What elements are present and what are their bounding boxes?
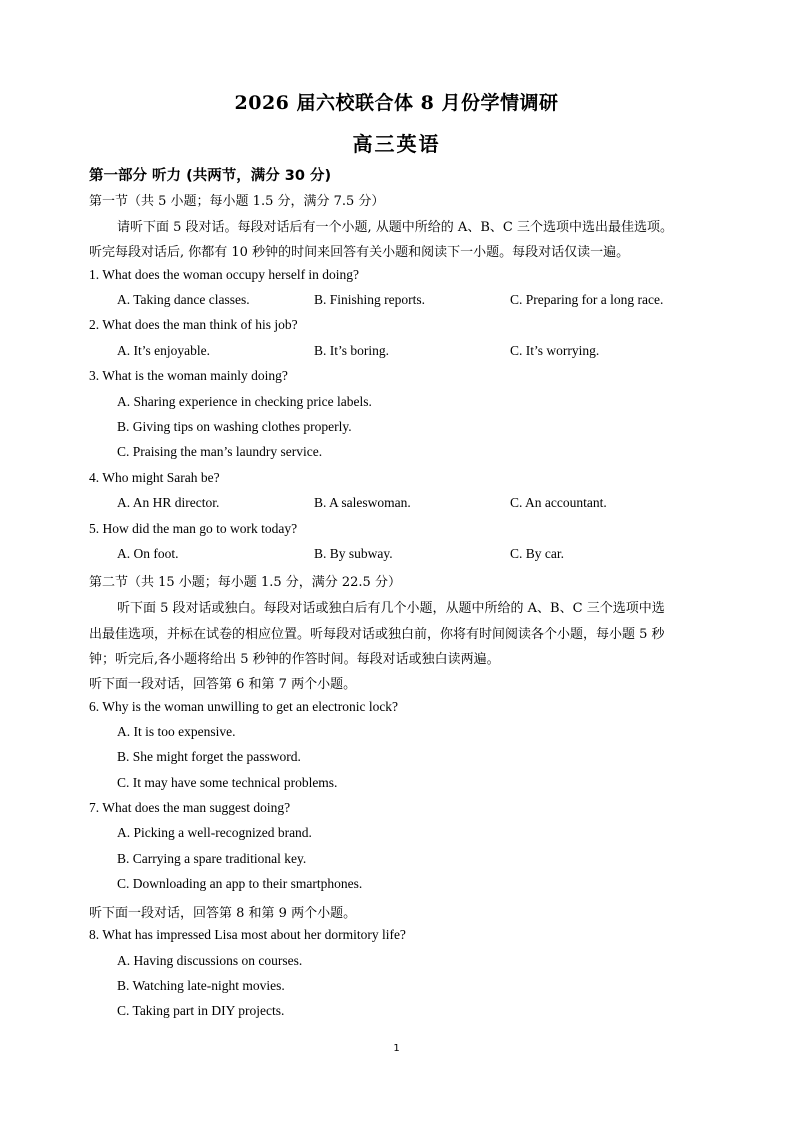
question-1-stem: 1. What does the woman occupy herself in…	[89, 267, 359, 283]
question-8-option-a: A. Having discussions on courses.	[117, 953, 302, 969]
question-4-stem: 4. Who might Sarah be?	[89, 470, 220, 486]
question-7-option-a: A. Picking a well-recognized brand.	[117, 825, 312, 841]
section2-heading: 第二节（共 15 小题；每小题 1.5 分，满分 22.5 分）	[89, 571, 401, 590]
question-3-option-c: C. Praising the man’s laundry service.	[117, 444, 322, 460]
question-5-option-c: C. By car.	[510, 546, 564, 562]
section1-heading: 第一节（共 5 小题；每小题 1.5 分，满分 7.5 分）	[89, 190, 384, 209]
section2-instructions-line2: 出最佳选项，并标在试卷的相应位置。听每段对话或独白前，你将有时间阅读各个小题，每…	[89, 623, 665, 642]
question-5-option-a: A. On foot.	[117, 546, 179, 562]
question-7-stem: 7. What does the man suggest doing?	[89, 800, 290, 816]
question-2-option-c: C. It’s worrying.	[510, 343, 599, 359]
question-4-option-a: A. An HR director.	[117, 495, 219, 511]
question-1-option-b: B. Finishing reports.	[314, 292, 425, 308]
section2-instructions-line1: 听下面 5 段对话或独白。每段对话或独白后有几个小题，从题中所给的 A、B、C …	[117, 597, 665, 616]
page-number: 1	[0, 1043, 793, 1054]
question-3-option-b: B. Giving tips on washing clothes proper…	[117, 419, 352, 435]
section2-instructions-line3: 钟；听完后,各小题将给出 5 秒钟的作答时间。每段对话或独白读两遍。	[89, 648, 500, 667]
section1-instructions-line1: 请听下面 5 段对话。每段对话后有一个小题, 从题中所给的 A、B、C 三个选项…	[117, 216, 673, 235]
part1-heading: 第一部分 听力 (共两节，满分 30 分)	[89, 164, 331, 185]
question-6-stem: 6. Why is the woman unwilling to get an …	[89, 699, 398, 715]
section1-instructions-line2: 听完每段对话后, 你都有 10 秒钟的时间来回答有关小题和阅读下一小题。每段对话…	[89, 241, 629, 260]
question-8-option-b: B. Watching late-night movies.	[117, 978, 285, 994]
question-1-option-a: A. Taking dance classes.	[117, 292, 250, 308]
question-6-option-a: A. It is too expensive.	[117, 724, 235, 740]
exam-page: 2026 届六校联合体 8 月份学情调研 高三英语 第一部分 听力 (共两节，满…	[0, 0, 793, 1122]
question-2-stem: 2. What does the man think of his job?	[89, 317, 298, 333]
question-5-stem: 5. How did the man go to work today?	[89, 521, 297, 537]
question-6-option-c: C. It may have some technical problems.	[117, 775, 337, 791]
question-5-option-b: B. By subway.	[314, 546, 393, 562]
question-2-option-b: B. It’s boring.	[314, 343, 389, 359]
question-3-option-a: A. Sharing experience in checking price …	[117, 394, 372, 410]
question-2-option-a: A. It’s enjoyable.	[117, 343, 210, 359]
group1-intro: 听下面一段对话，回答第 6 和第 7 两个小题。	[89, 673, 356, 692]
question-4-option-c: C. An accountant.	[510, 495, 607, 511]
document-subtitle: 高三英语	[0, 128, 793, 157]
question-7-option-b: B. Carrying a spare traditional key.	[117, 851, 306, 867]
document-title: 2026 届六校联合体 8 月份学情调研	[0, 88, 793, 115]
question-8-stem: 8. What has impressed Lisa most about he…	[89, 927, 406, 943]
question-3-stem: 3. What is the woman mainly doing?	[89, 368, 288, 384]
question-4-option-b: B. A saleswoman.	[314, 495, 411, 511]
group2-intro: 听下面一段对话，回答第 8 和第 9 两个小题。	[89, 902, 356, 921]
question-6-option-b: B. She might forget the password.	[117, 749, 301, 765]
question-1-option-c: C. Preparing for a long race.	[510, 292, 663, 308]
question-7-option-c: C. Downloading an app to their smartphon…	[117, 876, 362, 892]
question-8-option-c: C. Taking part in DIY projects.	[117, 1003, 284, 1019]
